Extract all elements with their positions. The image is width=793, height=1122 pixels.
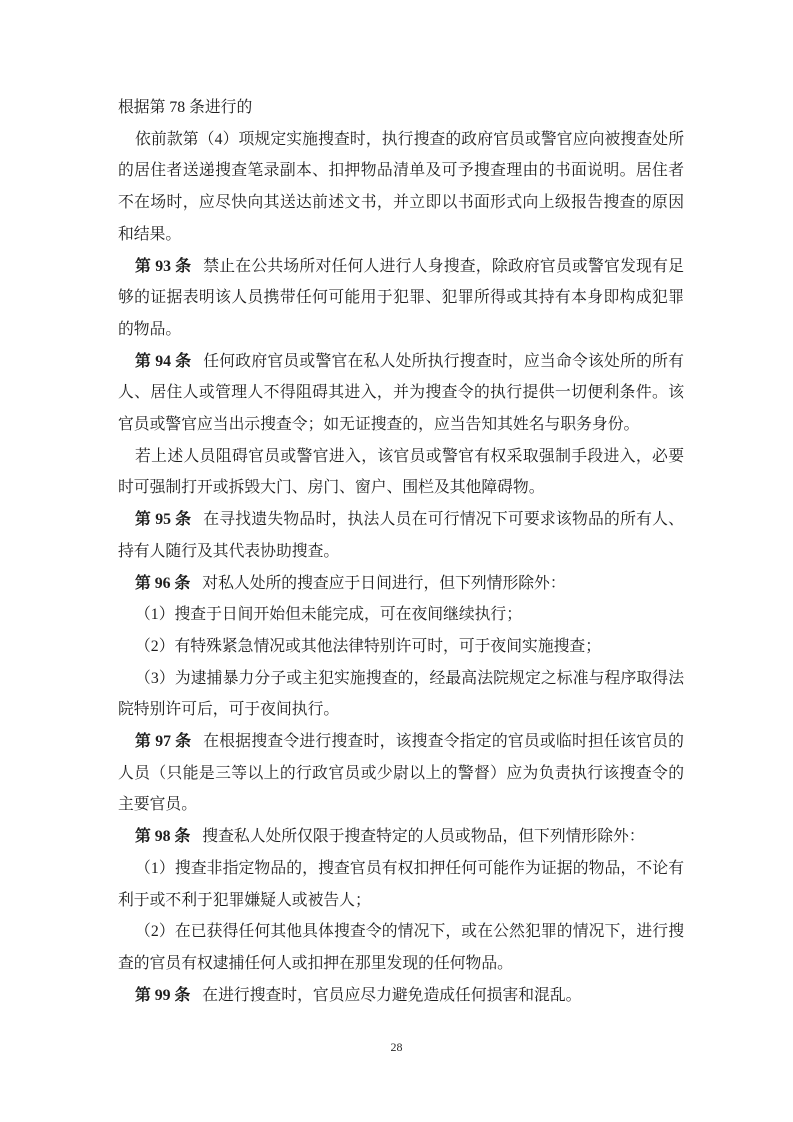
paragraph: （1）搜查于日间开始但未能完成，可在夜间继续执行； — [118, 599, 684, 631]
article-paragraph: 第 94 条任何政府官员或警官在私人处所执行搜查时，应当命令该处所的所有人、居住… — [118, 346, 684, 441]
paragraph-text: 在根据搜查令进行搜查时，该搜查令指定的官员或临时担任该官员的人员（只能是三等以上… — [118, 733, 684, 813]
page-footer: 28 — [0, 1038, 793, 1056]
article-number: 第 93 条 — [135, 258, 191, 275]
article-number: 第 98 条 — [135, 828, 190, 845]
article-number: 第 99 条 — [135, 987, 190, 1004]
document-page: 根据第 78 条进行的依前款第（4）项规定实施搜查时，执行搜查的政府官员或警官应… — [0, 0, 793, 1122]
paragraph: （1）搜查非指定物品的，搜查官员有权扣押任何可能作为证据的物品，不论有利于或不利… — [118, 853, 684, 916]
article-paragraph: 第 96 条对私人处所的搜查应于日间进行，但下列情形除外： — [118, 568, 684, 600]
paragraph-text: 在进行搜查时，官员应尽力避免造成任何损害和混乱。 — [202, 987, 581, 1004]
paragraph-text: 在寻找遗失物品时，执法人员在可行情况下可要求该物品的所有人、持有人随行及其代表协… — [118, 511, 684, 560]
article-paragraph: 第 95 条在寻找遗失物品时，执法人员在可行情况下可要求该物品的所有人、持有人随… — [118, 504, 684, 567]
article-number: 第 94 条 — [135, 353, 191, 370]
paragraph: （2）在已获得任何其他具体搜查令的情况下，或在公然犯罪的情况下，进行搜查的官员有… — [118, 916, 684, 979]
article-paragraph: 第 98 条搜查私人处所仅限于搜查特定的人员或物品，但下列情形除外： — [118, 821, 684, 853]
article-number: 第 95 条 — [135, 511, 191, 528]
paragraph-text: 搜查私人处所仅限于搜查特定的人员或物品，但下列情形除外： — [202, 828, 644, 845]
article-number: 第 97 条 — [135, 733, 191, 750]
paragraph-text: 根据第 78 条进行的 — [118, 99, 252, 116]
article-paragraph: 第 97 条在根据搜查令进行搜查时，该搜查令指定的官员或临时担任该官员的人员（只… — [118, 726, 684, 821]
paragraph: （2）有特殊紧急情况或其他法律特别许可时，可于夜间实施搜查； — [118, 631, 684, 663]
page-number: 28 — [391, 1040, 403, 1054]
paragraph-text: 依前款第（4）项规定实施搜查时，执行搜查的政府官员或警官应向被搜查处所的居住者送… — [118, 131, 684, 243]
paragraph-text: （3）为逮捕暴力分子或主犯实施搜查的，经最高法院规定之标准与程序取得法院特别许可… — [118, 670, 684, 719]
paragraph: 依前款第（4）项规定实施搜查时，执行搜查的政府官员或警官应向被搜查处所的居住者送… — [118, 124, 684, 251]
document-body: 根据第 78 条进行的依前款第（4）项规定实施搜查时，执行搜查的政府官员或警官应… — [118, 92, 684, 1011]
paragraph-text: （2）在已获得任何其他具体搜查令的情况下，或在公然犯罪的情况下，进行搜查的官员有… — [118, 923, 684, 972]
paragraph-text: 禁止在公共场所对任何人进行人身搜查，除政府官员或警官发现有足够的证据表明该人员携… — [118, 258, 684, 338]
paragraph: 根据第 78 条进行的 — [118, 92, 684, 124]
paragraph-text: 若上述人员阻碍官员或警官进入，该官员或警官有权采取强制手段进入，必要时可强制打开… — [118, 448, 684, 497]
paragraph: 若上述人员阻碍官员或警官进入，该官员或警官有权采取强制手段进入，必要时可强制打开… — [118, 441, 684, 504]
article-paragraph: 第 99 条在进行搜查时，官员应尽力避免造成任何损害和混乱。 — [118, 980, 684, 1012]
article-number: 第 96 条 — [135, 575, 190, 592]
article-paragraph: 第 93 条禁止在公共场所对任何人进行人身搜查，除政府官员或警官发现有足够的证据… — [118, 251, 684, 346]
paragraph-text: （1）搜查非指定物品的，搜查官员有权扣押任何可能作为证据的物品，不论有利于或不利… — [118, 860, 684, 909]
paragraph-text: 对私人处所的搜查应于日间进行，但下列情形除外： — [202, 575, 565, 592]
paragraph-text: 任何政府官员或警官在私人处所执行搜查时，应当命令该处所的所有人、居住人或管理人不… — [118, 353, 684, 433]
paragraph-text: （1）搜查于日间开始但未能完成，可在夜间继续执行； — [135, 606, 522, 623]
paragraph: （3）为逮捕暴力分子或主犯实施搜查的，经最高法院规定之标准与程序取得法院特别许可… — [118, 663, 684, 726]
paragraph-text: （2）有特殊紧急情况或其他法律特别许可时，可于夜间实施搜查； — [135, 638, 601, 655]
